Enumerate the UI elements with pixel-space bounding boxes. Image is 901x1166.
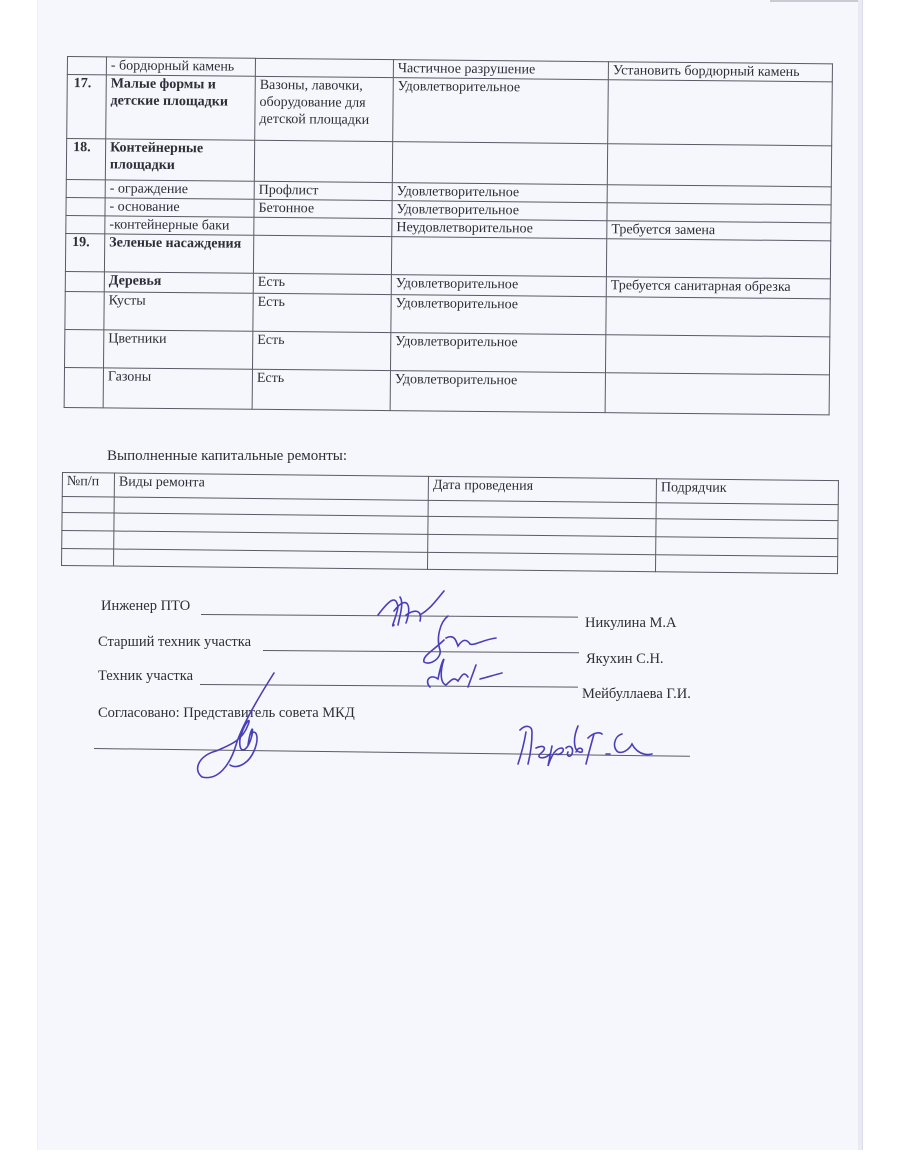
row-element: - ограждение xyxy=(105,180,254,199)
row-material xyxy=(254,217,392,236)
row-condition: Неудовлетворительное xyxy=(392,219,607,239)
tech-role: Техник участка xyxy=(98,668,193,685)
row-condition: Частичное разрушение xyxy=(393,60,608,80)
row-element: Газоны xyxy=(103,368,252,409)
engineer-name: Никулина М.А xyxy=(585,615,677,632)
row-number: 19. xyxy=(65,233,104,271)
row-number xyxy=(66,215,105,233)
row-material: Есть xyxy=(253,331,391,370)
row-notes xyxy=(605,335,829,375)
row-element: Деревья xyxy=(104,272,253,293)
row-notes: Установить бордюрный камень xyxy=(608,62,832,82)
repairs-caption: Выполненные капитальные ремонты: xyxy=(107,448,347,465)
row-material: Есть xyxy=(252,369,390,410)
row-element: Малые формы и детские площадки xyxy=(106,75,256,140)
row-element: Контейнерные площадки xyxy=(105,139,254,181)
repairs-cell xyxy=(62,497,114,514)
row-number xyxy=(67,57,106,75)
row-notes: Требуется замена xyxy=(607,221,831,241)
row-element: Цветники xyxy=(104,330,253,369)
repairs-cell xyxy=(62,513,114,532)
header-date: Дата проведения xyxy=(428,476,656,502)
row-number xyxy=(65,329,104,367)
row-element: - основание xyxy=(105,198,254,217)
row-condition xyxy=(391,237,606,277)
row-number: 18. xyxy=(66,139,105,180)
row-condition: Удовлетворительное xyxy=(391,295,606,335)
row-number xyxy=(65,291,104,329)
repairs-cell xyxy=(428,516,656,536)
row-notes: Требуется санитарная обрезка xyxy=(606,277,830,299)
agreed-role: Согласовано: Представитель совета МКД xyxy=(98,705,355,722)
row-notes xyxy=(606,297,830,337)
repairs-cell xyxy=(114,549,428,569)
engineer-role: Инженер ПТО xyxy=(101,598,190,615)
header-contractor: Подрядчик xyxy=(656,479,838,505)
page-edge-right xyxy=(858,0,862,1150)
inspection-table-wrap: - бордюрный каменьЧастичное разрушениеУс… xyxy=(64,56,833,415)
header-repair-type: Виды ремонта xyxy=(114,473,428,500)
row-material: Вазоны, лавочки, оборудование для детско… xyxy=(255,76,394,141)
repairs-cell xyxy=(428,534,656,554)
tech-name: Мейбуллаева Г.И. xyxy=(582,686,691,703)
repairs-table-wrap: №п/п Виды ремонта Дата проведения Подряд… xyxy=(61,472,839,574)
row-element: -контейнерные баки xyxy=(105,216,254,235)
row-notes xyxy=(607,203,831,223)
row-condition: Удовлетворительное xyxy=(393,78,609,144)
row-notes xyxy=(605,373,829,415)
repairs-cell xyxy=(656,519,838,539)
row-notes xyxy=(607,185,831,205)
row-notes xyxy=(607,144,831,187)
row-material: Есть xyxy=(253,273,391,294)
row-number xyxy=(65,271,104,291)
page-edge xyxy=(770,0,862,2)
row-condition xyxy=(392,142,607,185)
repairs-cell xyxy=(655,555,837,574)
row-condition: Удовлетворительное xyxy=(391,275,606,297)
row-material: Бетонное xyxy=(254,199,392,218)
row-number xyxy=(66,197,105,215)
header-number: №п/п xyxy=(62,473,114,498)
row-notes xyxy=(606,239,830,279)
repairs-cell xyxy=(656,537,838,557)
repairs-cell xyxy=(656,503,838,521)
row-condition: Удовлетворительное xyxy=(392,183,607,203)
senior-tech-role: Старший техник участка xyxy=(98,634,251,651)
table-row: ГазоныЕстьУдовлетворительное xyxy=(64,367,829,414)
row-condition: Удовлетворительное xyxy=(390,333,605,373)
row-element: Кусты xyxy=(104,292,253,331)
repairs-table: №п/п Виды ремонта Дата проведения Подряд… xyxy=(61,472,839,574)
table-row: 18.Контейнерные площадки xyxy=(66,139,831,187)
repairs-cell xyxy=(428,552,656,571)
row-material xyxy=(254,140,392,182)
row-condition: Удовлетворительное xyxy=(392,201,607,221)
row-number xyxy=(64,367,103,407)
row-element: - бордюрный камень xyxy=(106,57,255,76)
repairs-cell xyxy=(62,549,114,567)
table-row: 17.Малые формы и детские площадкиВазоны,… xyxy=(67,75,833,146)
row-material xyxy=(253,235,391,274)
inspection-table: - бордюрный каменьЧастичное разрушениеУс… xyxy=(64,56,833,415)
row-material: Профлист xyxy=(254,181,392,200)
row-condition: Удовлетворительное xyxy=(390,371,605,413)
row-number: 17. xyxy=(67,75,107,139)
senior-tech-name: Якухин С.Н. xyxy=(586,651,664,668)
row-number xyxy=(66,179,105,197)
row-notes xyxy=(608,80,833,146)
repairs-cell xyxy=(62,531,114,550)
row-material xyxy=(255,58,393,77)
row-element: Зеленые насаждения xyxy=(104,234,253,273)
row-material: Есть xyxy=(253,293,391,332)
